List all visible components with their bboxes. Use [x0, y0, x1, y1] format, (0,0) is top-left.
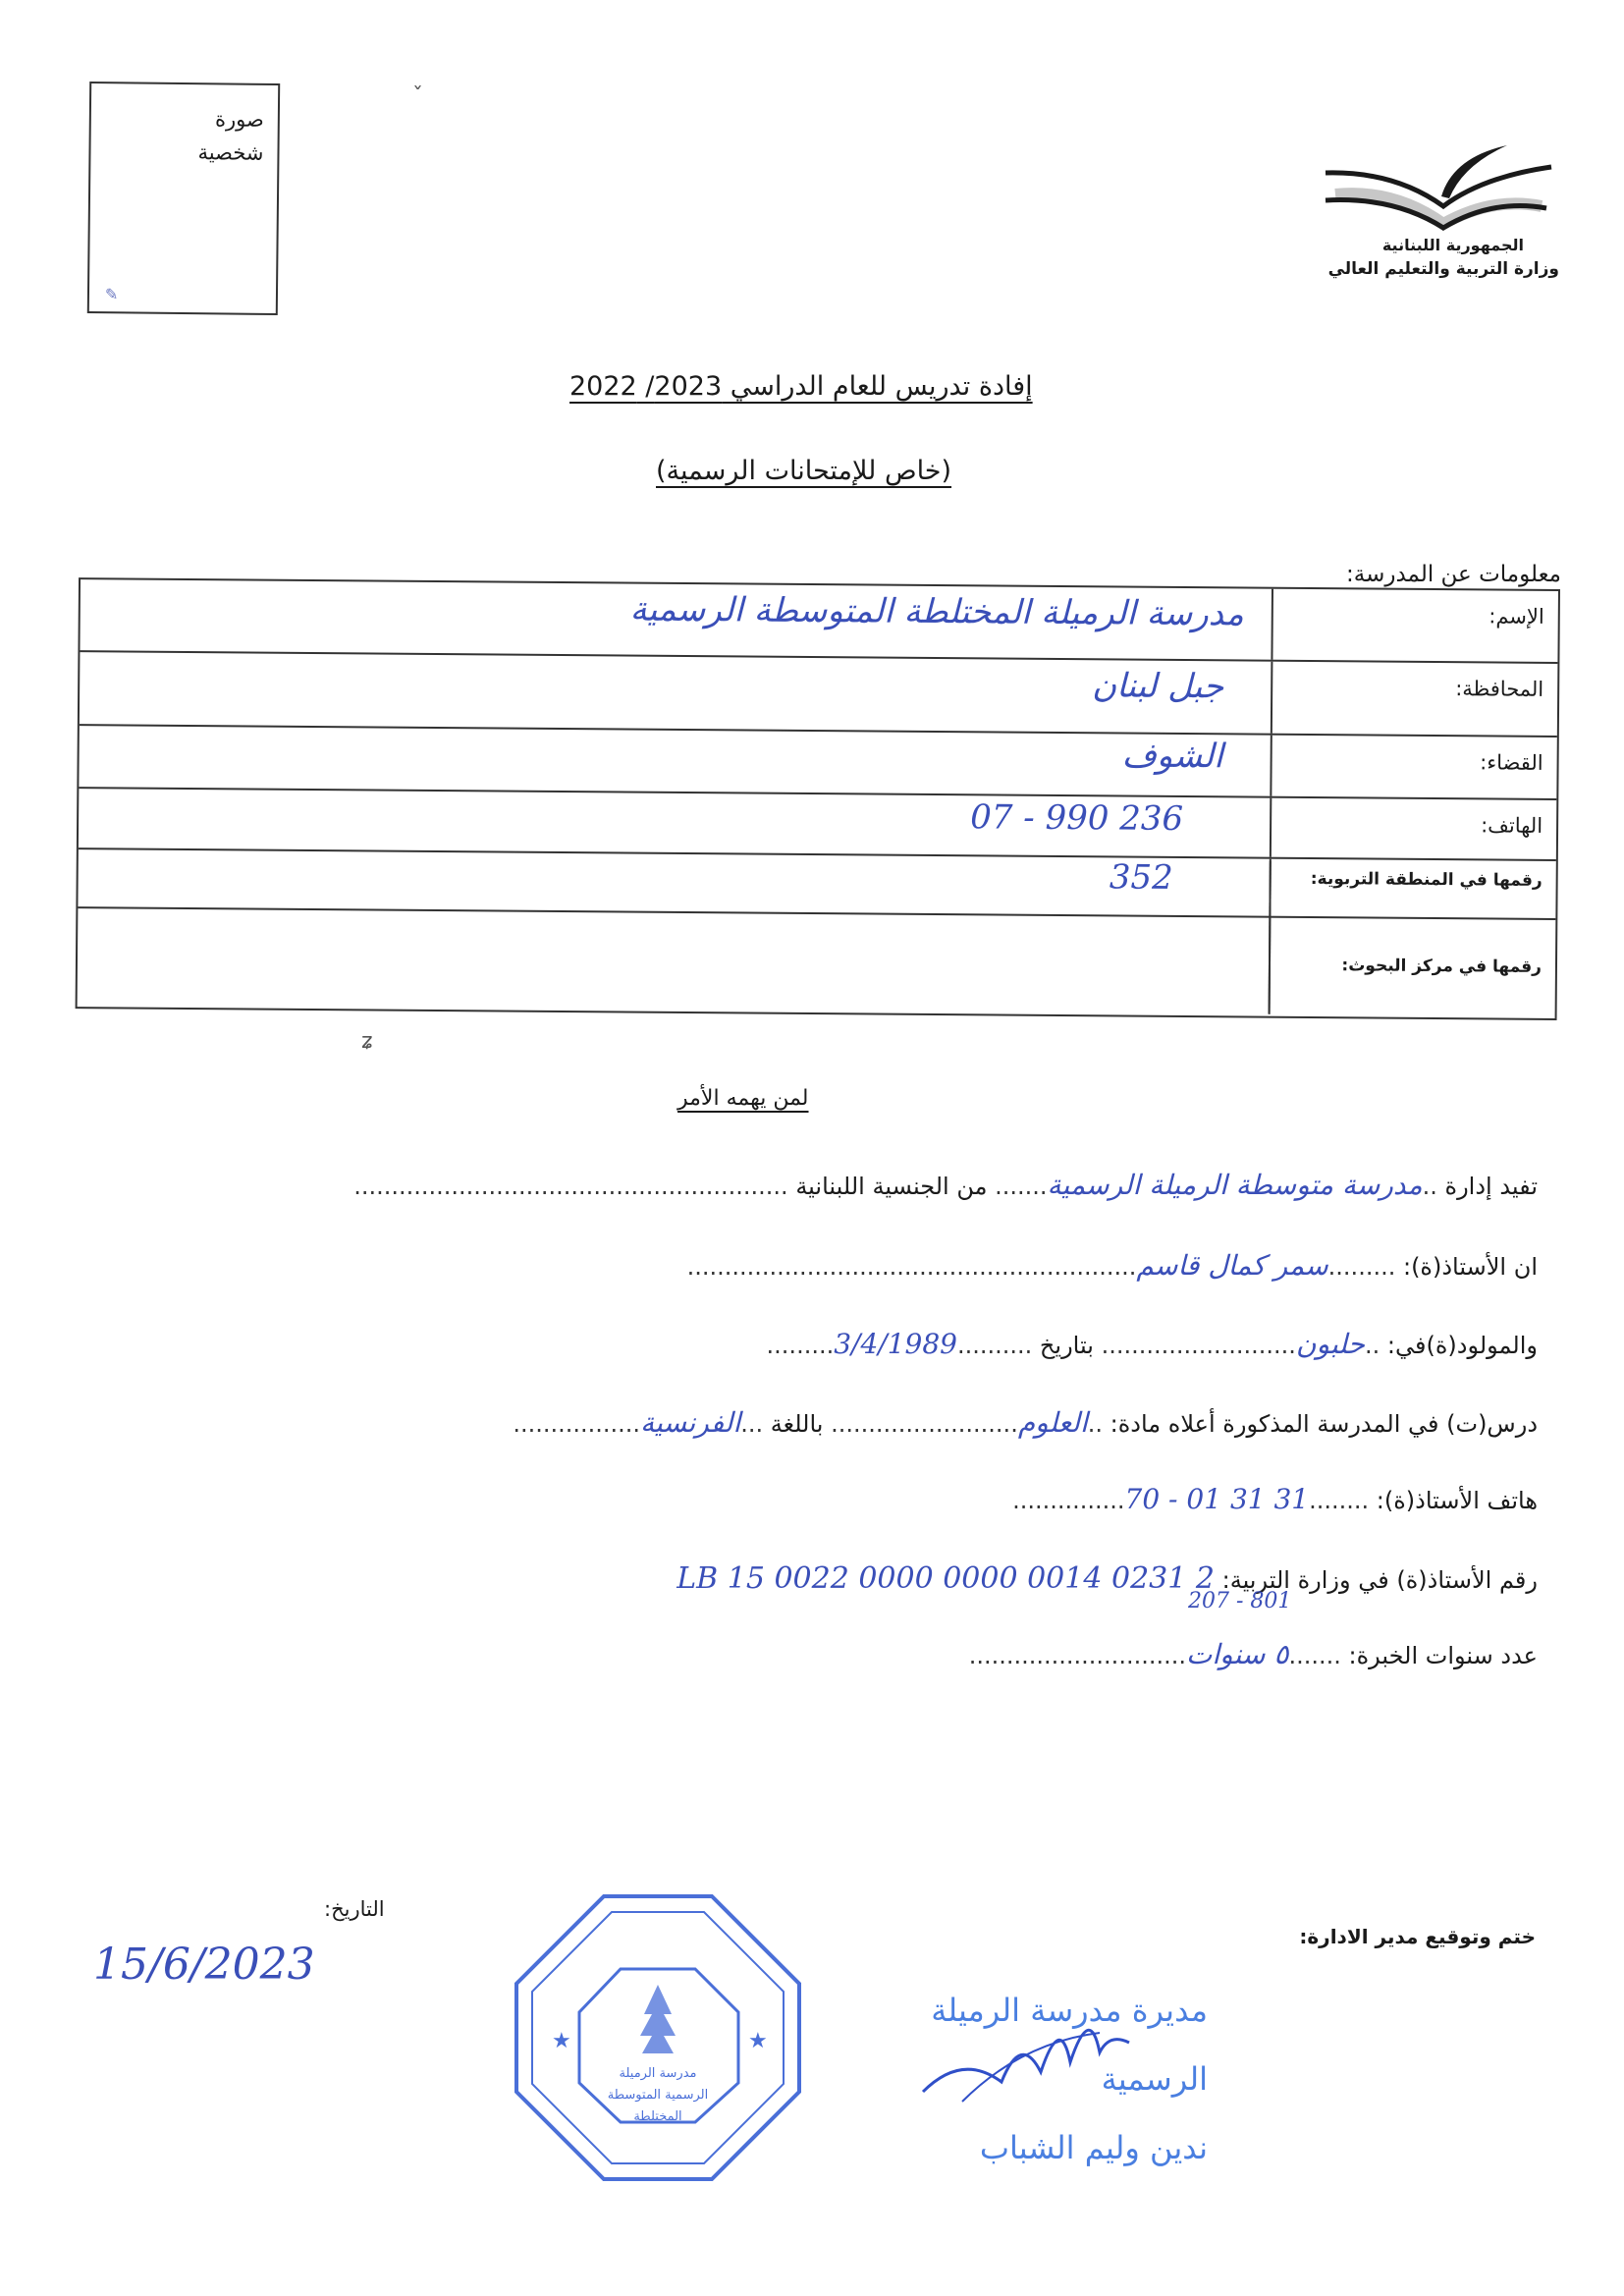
date-value: 15/6/2023 — [93, 1940, 315, 1990]
personal-photo-box: صورة شخصية ✎ — [87, 82, 280, 315]
school-name-value: مدرسة الرميلة المختلطة المتوسطة الرسمية — [630, 590, 1244, 634]
octagon-stamp-icon: ★ ★ — [511, 1890, 805, 2185]
logo-text-ministry: وزارة التربية والتعليم العالي — [1328, 259, 1559, 279]
signature-mark — [903, 1994, 1139, 2111]
line-teacher-phone: هاتف الأستاذ(ة): ........70 - 01 31 31..… — [1012, 1483, 1538, 1515]
subject-value: العلوم — [1018, 1406, 1088, 1439]
line-subject-language: درس(ت) في المدرسة المذكورة أعلاه مادة: .… — [513, 1406, 1538, 1439]
line-teacher-name: ان الأستاذ(ة): .........سمر كمال قاسم...… — [687, 1249, 1538, 1282]
table-row-district: القضاء: الشوف — [79, 726, 1556, 800]
row-label: القضاء: — [1480, 750, 1543, 775]
scan-speck: ʑ — [361, 1029, 373, 1054]
ministry-number-note: 207 - 801 — [1188, 1589, 1291, 1613]
table-row-governorate: المحافظة: جبل لبنان — [80, 652, 1558, 738]
birth-date-value: 3/4/1989 — [834, 1328, 957, 1360]
line-experience-years: عدد سنوات الخبرة: .......٥ سنوات........… — [969, 1638, 1538, 1670]
line-birthplace-date: والمولود(ة)في: ..حلبون..................… — [767, 1328, 1538, 1360]
line-ministry-number: رقم الأستاذ(ة) في وزارة التربية: LB 15 0… — [677, 1561, 1538, 1596]
line-administration: تفيد إدارة ..مدرسة متوسطة الرميلة الرسمي… — [353, 1169, 1538, 1201]
photo-box-label: صورة شخصية — [197, 102, 264, 170]
teacher-name-value: سمر كمال قاسم — [1136, 1249, 1327, 1282]
language-value: الفرنسية — [640, 1406, 740, 1439]
school-admin-value: مدرسة متوسطة الرميلة الرسمية — [1048, 1169, 1423, 1201]
teacher-phone-value: 70 - 01 31 31 — [1125, 1483, 1310, 1515]
document-subtitle: (خاص للإمتحانات الرسمية) — [656, 456, 951, 486]
region-number-value: 352 — [1110, 857, 1173, 898]
school-stamp: ★ ★ مدرسة الرميلة الرسمية المتوسطة المخت… — [511, 1890, 805, 2185]
birthplace-value: حلبون — [1296, 1328, 1365, 1360]
district-value: الشوف — [1122, 737, 1223, 777]
stamp-signature-label: ختم وتوقيع مدير الادارة: — [1299, 1925, 1536, 1948]
svg-text:★: ★ — [748, 2029, 768, 2053]
pen-mark-icon: ✎ — [105, 285, 119, 303]
governorate-value: جبل لبنان — [1092, 666, 1223, 706]
to-whom-heading: لمن يهمه الأمر — [677, 1086, 809, 1111]
row-label: الهاتف: — [1481, 813, 1543, 837]
school-phone-value: 07 - 990 236 — [970, 797, 1183, 839]
experience-years-value: ٥ سنوات — [1186, 1638, 1288, 1670]
scan-speck: ˇ — [412, 84, 423, 109]
ministry-logo: الجمهورية اللبنانية وزارة التربية والتعل… — [1296, 137, 1571, 295]
open-book-icon — [1306, 137, 1561, 236]
logo-text-republic: الجمهورية اللبنانية — [1382, 236, 1524, 254]
document-title: إفادة تدريس للعام الدراسي 2023/ 2022 — [569, 371, 1033, 402]
row-label: المحافظة: — [1455, 677, 1543, 701]
table-row-name: الإسم: مدرسة الرميلة المختلطة المتوسطة ا… — [80, 579, 1558, 664]
table-row-research-center-number: رقمها في مركز البحوث: — [78, 908, 1556, 1016]
row-label: رقمها في مركز البحوث: — [1341, 956, 1542, 977]
date-label: التاريخ: — [324, 1897, 385, 1921]
ministry-number-value: LB 15 0022 0000 0000 0014 0231 2 — [677, 1561, 1215, 1596]
school-info-heading: معلومات عن المدرسة: — [1346, 562, 1561, 587]
row-label: الإسم: — [1489, 604, 1544, 628]
svg-text:★: ★ — [552, 2029, 571, 2053]
table-row-phone: الهاتف: 07 - 990 236 — [79, 789, 1556, 861]
school-info-table: الإسم: مدرسة الرميلة المختلطة المتوسطة ا… — [76, 577, 1560, 1020]
